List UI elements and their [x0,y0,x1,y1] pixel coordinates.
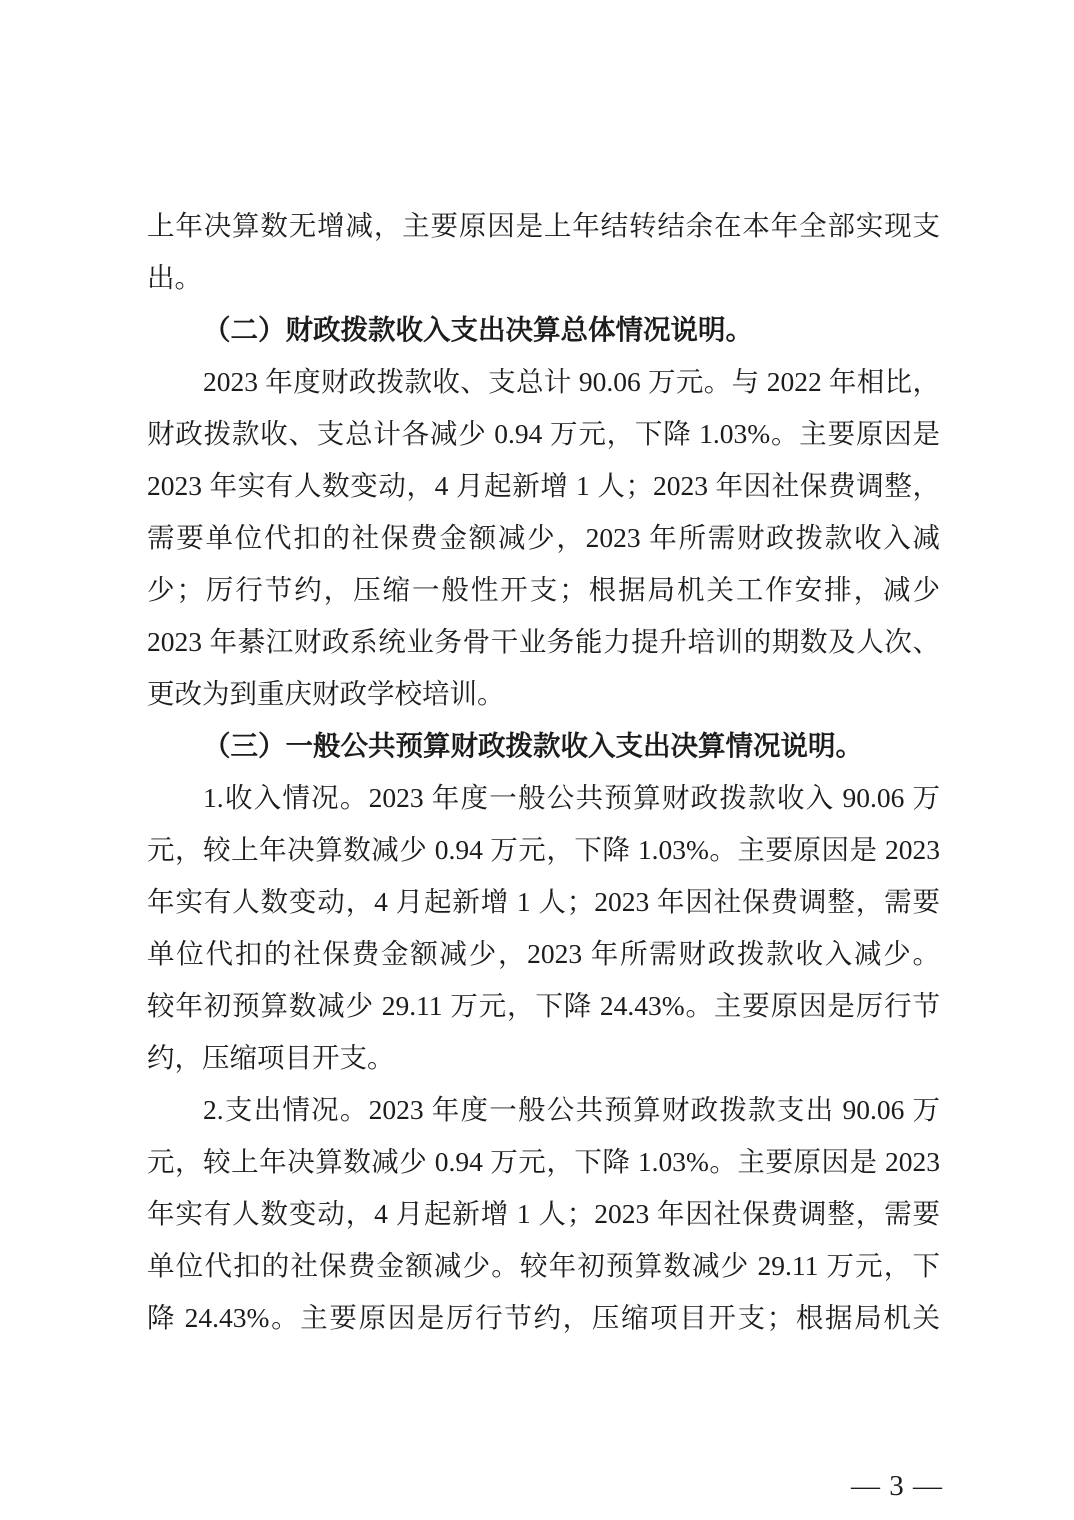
body-text-line: 年实有人数变动，4 月起新增 1 人；2023 年因社保费调整，需要 [147,876,940,928]
body-text-line: 元，较上年决算数减少 0.94 万元，下降 1.03%。主要原因是 2023 [147,1136,940,1188]
body-text-line: 降 24.43%。主要原因是厉行节约，压缩项目开支；根据局机关 [147,1292,940,1344]
body-text-line: 出。 [147,252,940,304]
body-text-line: 2.支出情况。2023 年度一般公共预算财政拨款支出 90.06 万 [147,1084,940,1136]
body-text-line: 2023 年实有人数变动，4 月起新增 1 人；2023 年因社保费调整， [147,460,940,512]
body-text-line: 单位代扣的社保费金额减少。较年初预算数减少 29.11 万元，下 [147,1240,940,1292]
section-heading: （二）财政拨款收入支出决算总体情况说明。 [147,304,940,356]
body-text-line: 少；厉行节约，压缩一般性开支；根据局机关工作安排，减少 [147,564,940,616]
body-text-line: 上年决算数无增减，主要原因是上年结转结余在本年全部实现支 [147,200,940,252]
body-text-line: 需要单位代扣的社保费金额减少，2023 年所需财政拨款收入减 [147,512,940,564]
body-text-line: 2023 年度财政拨款收、支总计 90.06 万元。与 2022 年相比， [147,356,940,408]
body-text-line: 年实有人数变动，4 月起新增 1 人；2023 年因社保费调整，需要 [147,1188,940,1240]
body-text-line: 单位代扣的社保费金额减少，2023 年所需财政拨款收入减少。 [147,928,940,980]
body-text-line: 元，较上年决算数减少 0.94 万元，下降 1.03%。主要原因是 2023 [147,824,940,876]
body-text-line: 约，压缩项目开支。 [147,1032,940,1084]
document-page: 上年决算数无增减，主要原因是上年结转结余在本年全部实现支出。（二）财政拨款收入支… [0,0,1074,1520]
body-text-line: 1.收入情况。2023 年度一般公共预算财政拨款收入 90.06 万 [147,772,940,824]
section-heading: （三）一般公共预算财政拨款收入支出决算情况说明。 [147,720,940,772]
body-text-line: 财政拨款收、支总计各减少 0.94 万元，下降 1.03%。主要原因是 [147,408,940,460]
document-body: 上年决算数无增减，主要原因是上年结转结余在本年全部实现支出。（二）财政拨款收入支… [147,200,940,1344]
body-text-line: 2023 年綦江财政系统业务骨干业务能力提升培训的期数及人次、 [147,616,940,668]
body-text-line: 较年初预算数减少 29.11 万元，下降 24.43%。主要原因是厉行节 [147,980,940,1032]
body-text-line: 更改为到重庆财政学校培训。 [147,668,940,720]
page-number: — 3 — [851,1468,943,1504]
